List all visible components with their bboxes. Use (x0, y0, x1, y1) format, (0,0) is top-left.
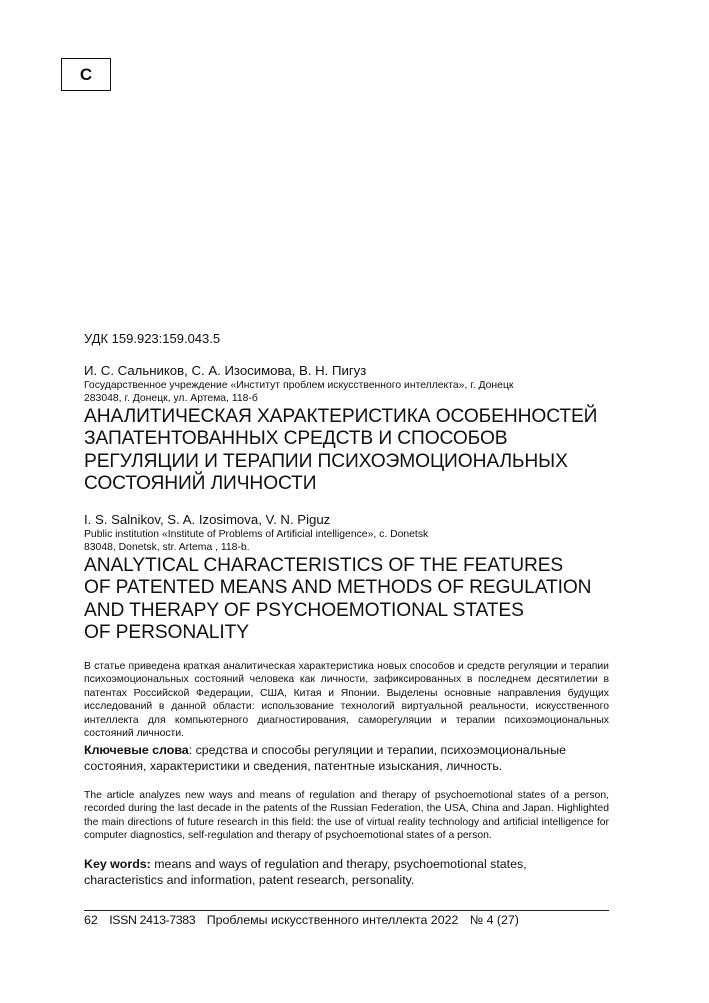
journal-name: Проблемы искусственного интеллекта 2022 (207, 913, 459, 927)
udk-code: УДК 159.923:159.043.5 (84, 331, 609, 347)
keywords-english-text: means and ways of regulation and therapy… (84, 857, 527, 887)
title-russian-line: РЕГУЛЯЦИИ И ТЕРАПИИ ПСИХОЭМОЦИОНАЛЬНЫХ (84, 451, 609, 473)
footer-divider (84, 910, 609, 911)
affiliation-russian-line-2: 283048, г. Донецк, ул. Артема, 118-б (84, 392, 609, 405)
affiliation-english-line-2: 83048, Donetsk, str. Artema , 118-b. (84, 541, 609, 554)
title-russian: АНАЛИТИЧЕСКАЯ ХАРАКТЕРИСТИКА ОСОБЕННОСТЕ… (84, 406, 609, 496)
keywords-russian: Ключевые слова: средства и способы регул… (84, 742, 609, 774)
issue-number: № 4 (27) (470, 913, 519, 927)
affiliation-russian-line-1: Государственное учреждение «Институт про… (84, 379, 609, 392)
keywords-english: Key words: means and ways of regulation … (84, 856, 609, 888)
authors-russian: И. С. Сальников, С. А. Изосимова, В. Н. … (84, 363, 609, 379)
title-english-line: ANALYTICAL CHARACTERISTICS OF THE FEATUR… (84, 555, 609, 577)
page-number: 62 (84, 913, 98, 927)
issn: ISSN 2413-7383 (109, 913, 195, 927)
title-english: ANALYTICAL CHARACTERISTICS OF THE FEATUR… (84, 555, 609, 645)
affiliation-english-line-1: Public institution «Institute of Problem… (84, 528, 609, 541)
keywords-russian-label: Ключевые слова (84, 743, 189, 757)
title-english-line: OF PATENTED MEANS AND METHODS OF REGULAT… (84, 577, 609, 599)
title-english-line: AND THERAPY OF PSYCHOEMOTIONAL STATES (84, 600, 609, 622)
keywords-english-label: Key words: (84, 857, 151, 871)
abstract-english: The article analyzes new ways and means … (84, 789, 609, 843)
affiliation-russian: Государственное учреждение «Институт про… (84, 379, 609, 405)
authors-english: I. S. Salnikov, S. A. Izosimova, V. N. P… (84, 512, 609, 528)
section-letter-box: C (61, 58, 111, 91)
title-russian-line: СОСТОЯНИЙ ЛИЧНОСТИ (84, 473, 609, 495)
affiliation-english: Public institution «Institute of Problem… (84, 528, 609, 554)
abstract-russian: В статье приведена краткая аналитическая… (84, 660, 609, 740)
title-russian-line: ЗАПАТЕНТОВАННЫХ СРЕДСТВ И СПОСОБОВ (84, 428, 609, 450)
page-footer: 62 ISSN 2413-7383 Проблемы искусственног… (84, 912, 527, 928)
title-english-line: OF PERSONALITY (84, 622, 609, 644)
title-russian-line: АНАЛИТИЧЕСКАЯ ХАРАКТЕРИСТИКА ОСОБЕННОСТЕ… (84, 406, 609, 428)
